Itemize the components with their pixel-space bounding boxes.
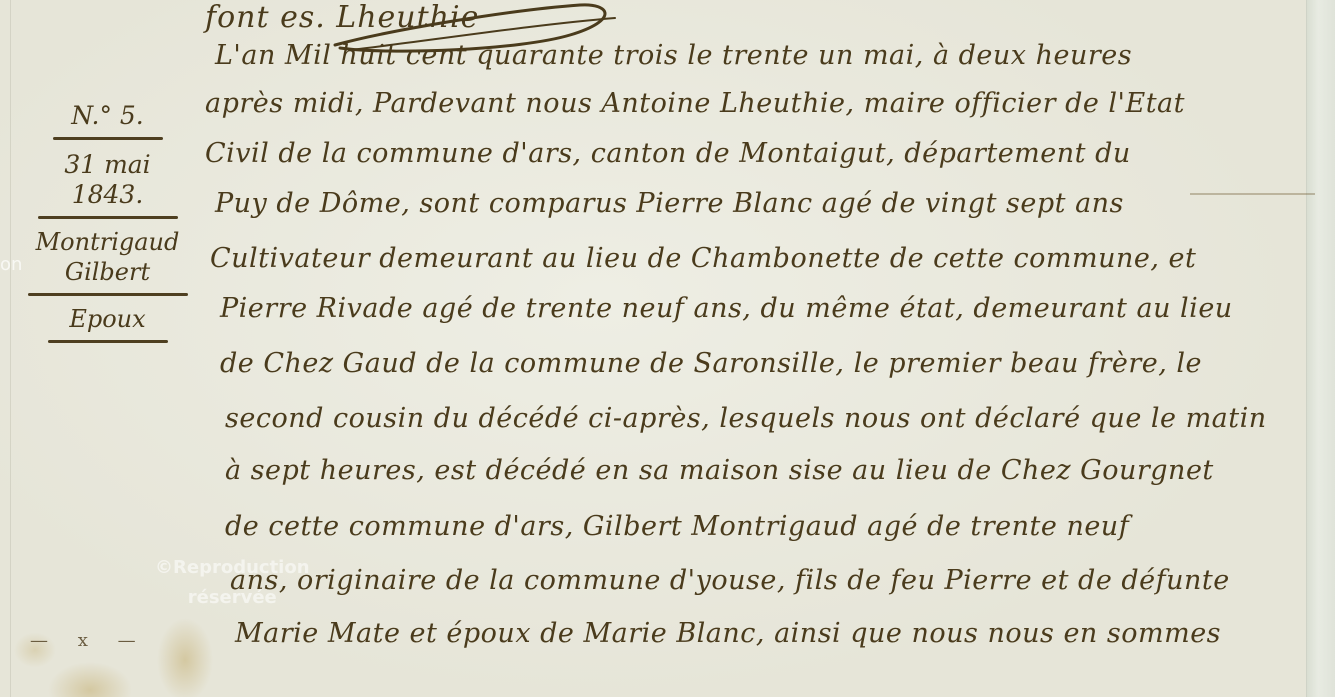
record-line: Pierre Rivade agé de trente neuf ans, du… xyxy=(220,293,1233,324)
record-line: Cultivateur demeurant au lieu de Chambon… xyxy=(210,243,1196,274)
margin-divider xyxy=(38,216,178,219)
record-line: après midi, Pardevant nous Antoine Lheut… xyxy=(205,88,1185,119)
record-line: second cousin du décédé ci-après, lesque… xyxy=(225,403,1267,434)
page-margin-line xyxy=(10,0,11,697)
record-line: de cette commune d'ars, Gilbert Montriga… xyxy=(225,511,1129,542)
margin-index: N.° 5. 31 mai 1843. Montrigaud Gilbert E… xyxy=(15,95,200,349)
reproduction-watermark: ©Reproduction réservée xyxy=(155,553,310,613)
record-number: N.° 5. xyxy=(15,101,200,131)
margin-divider xyxy=(28,293,188,296)
record-line: de Chez Gaud de la commune de Saronsille… xyxy=(220,348,1202,379)
record-line: Puy de Dôme, sont comparus Pierre Blanc … xyxy=(215,188,1124,219)
record-line: Marie Mate et époux de Marie Blanc, ains… xyxy=(235,618,1221,649)
record-date-year: 1843. xyxy=(15,180,200,210)
watermark-line-2: réservée xyxy=(155,583,310,613)
margin-divider xyxy=(48,340,168,343)
faint-ruled-line xyxy=(1190,193,1315,195)
deceased-marital-status: Epoux xyxy=(15,304,200,334)
page-edge-binding xyxy=(1306,0,1335,697)
record-line: ans, originaire de la commune d'youse, f… xyxy=(230,565,1230,596)
watermark-line-1: ©Reproduction xyxy=(155,553,310,583)
scanned-page: font es. Lheuthie on N.° 5. 31 mai 1843.… xyxy=(0,0,1335,697)
record-date-day-month: 31 mai xyxy=(15,150,200,180)
margin-divider xyxy=(53,137,163,140)
deceased-given-name: Gilbert xyxy=(15,257,200,287)
record-line: à sept heures, est décédé en sa maison s… xyxy=(225,455,1214,486)
record-line: L'an Mil huit cent quarante trois le tre… xyxy=(215,40,1132,71)
deceased-surname: Montrigaud xyxy=(15,227,200,257)
record-line: Civil de la commune d'ars, canton de Mon… xyxy=(205,138,1131,169)
margin-marks: — x — xyxy=(30,630,148,651)
